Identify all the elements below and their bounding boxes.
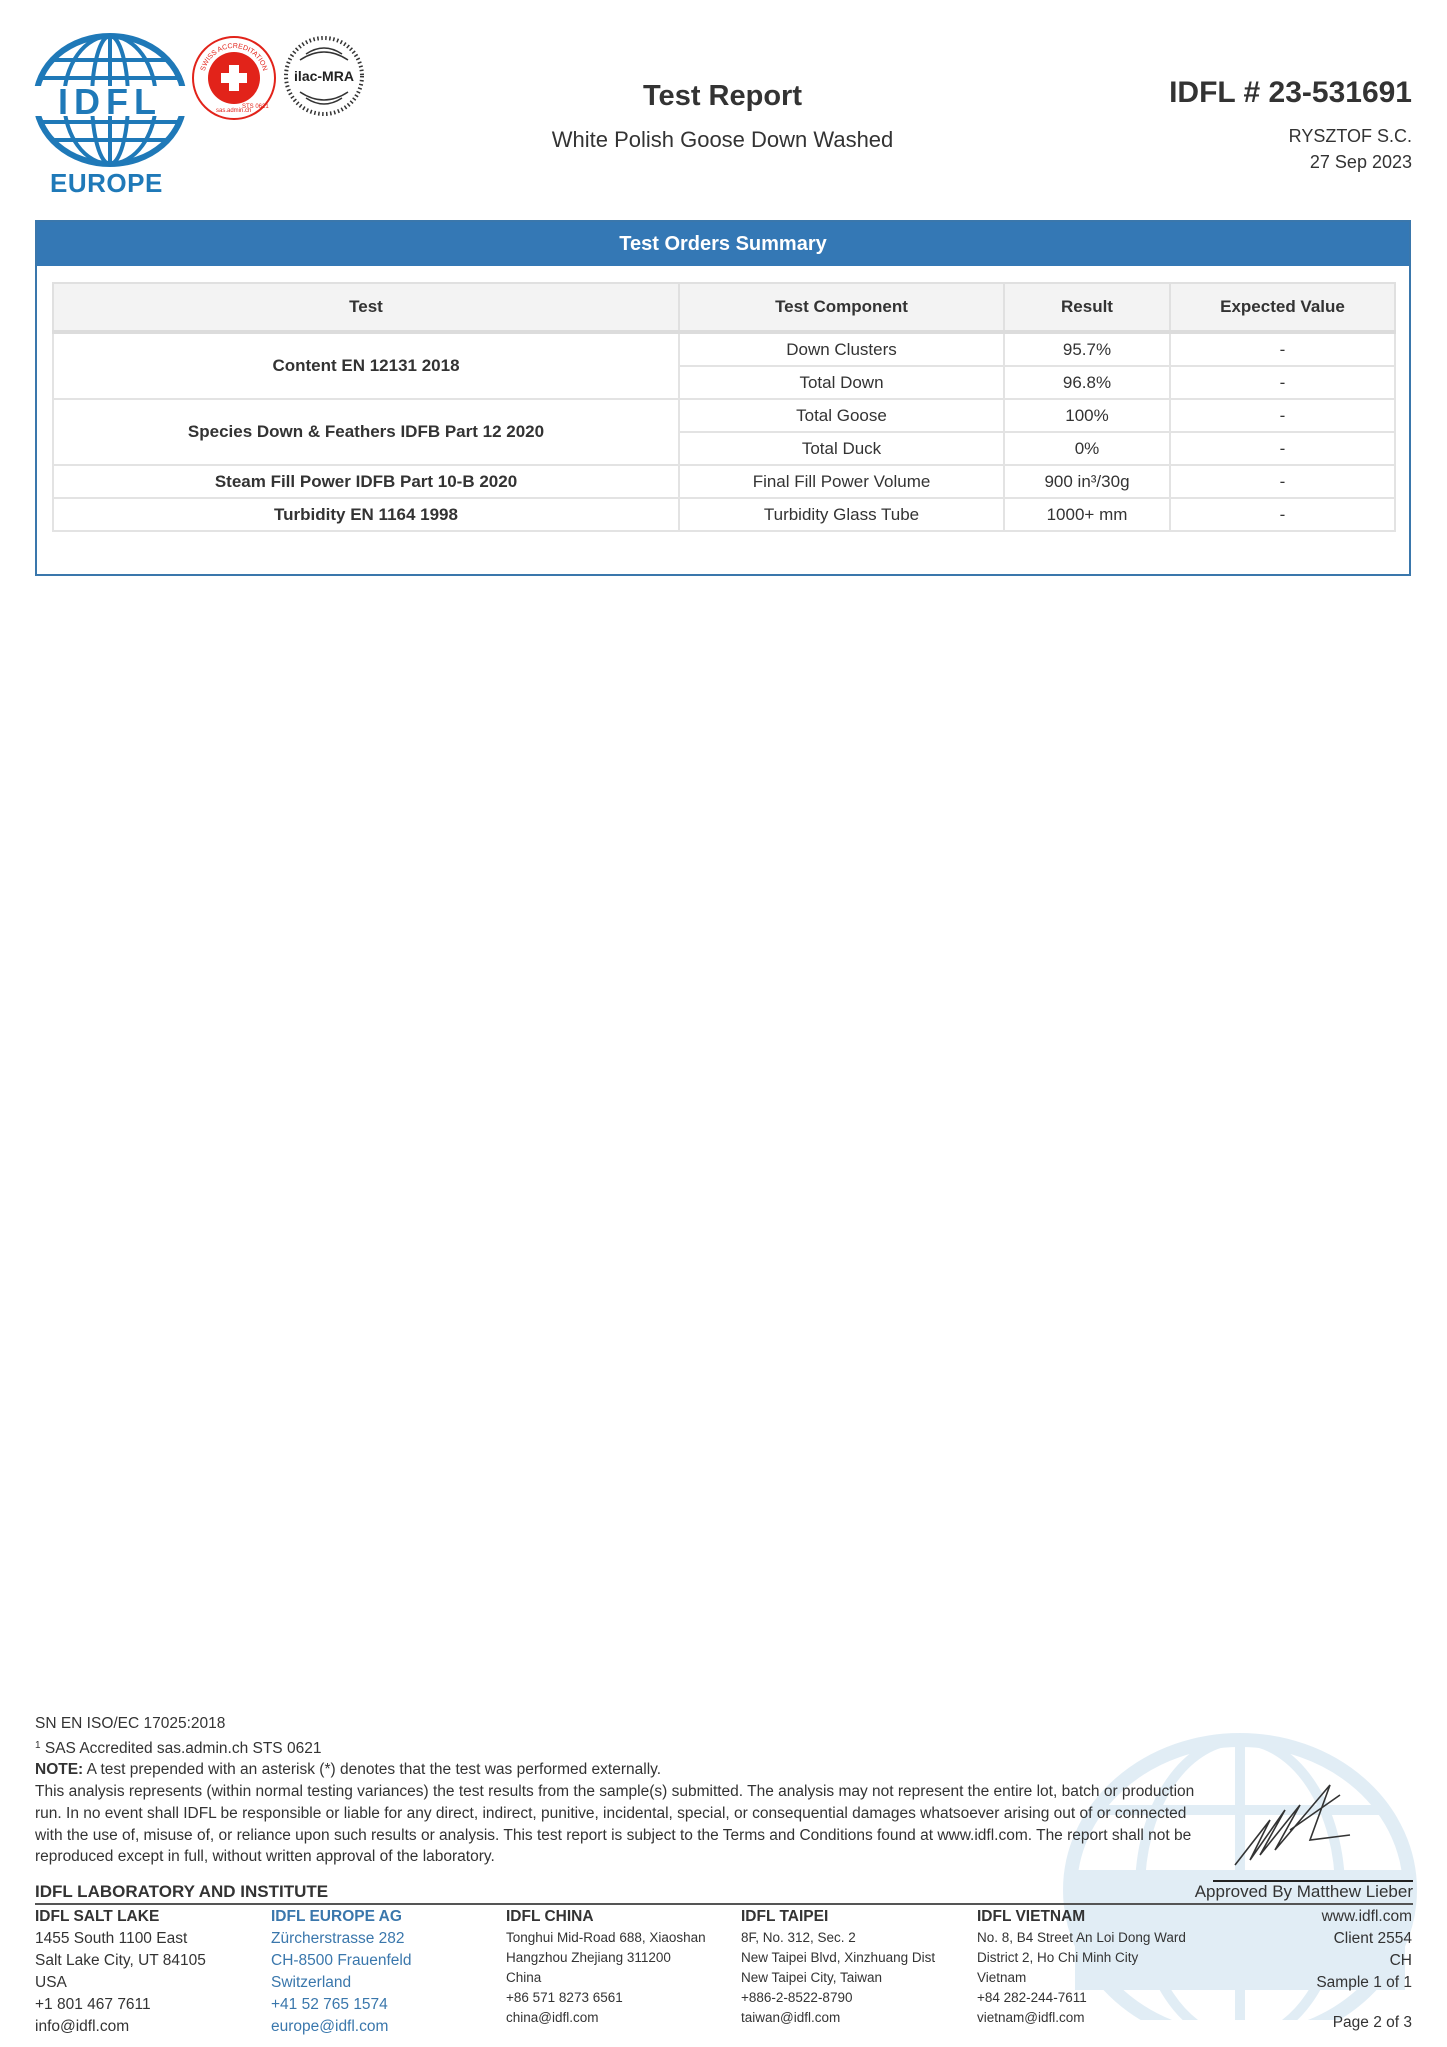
test-name: Content EN 12131 2018 bbox=[53, 332, 679, 399]
expected-value: - bbox=[1170, 432, 1395, 465]
approved-by: Approved By Matthew Lieber bbox=[1195, 1882, 1413, 1902]
test-component: Total Down bbox=[679, 366, 1004, 399]
sample-count: Sample 1 of 1 bbox=[1316, 1972, 1412, 1994]
disclaimer: This analysis represents (within normal … bbox=[35, 1781, 1205, 1868]
expected-value: - bbox=[1170, 498, 1395, 531]
footer-divider bbox=[35, 1903, 1413, 1905]
report-date: 27 Sep 2023 bbox=[1310, 152, 1412, 173]
logo-region-text: EUROPE bbox=[50, 168, 163, 199]
expected-value: - bbox=[1170, 399, 1395, 432]
ilac-mra-seal: ilac-MRA bbox=[282, 34, 366, 118]
column-header-test: Test bbox=[53, 283, 679, 332]
test-result: 100% bbox=[1004, 399, 1170, 432]
report-notes: SN EN ISO/EC 17025:2018 1 SAS Accredited… bbox=[35, 1713, 1205, 1868]
column-header-expected: Expected Value bbox=[1170, 283, 1395, 332]
svg-text:ilac-MRA: ilac-MRA bbox=[294, 68, 354, 84]
column-header-component: Test Component bbox=[679, 283, 1004, 332]
expected-value: - bbox=[1170, 465, 1395, 498]
lab-title: IDFL LABORATORY AND INSTITUTE bbox=[35, 1882, 328, 1902]
asterisk-note: NOTE: A test prepended with an asterisk … bbox=[35, 1759, 1205, 1781]
swiss-accreditation-seal: SWISS ACCREDITATION sas.admin.ch STS 062… bbox=[190, 34, 278, 122]
test-component: Final Fill Power Volume bbox=[679, 465, 1004, 498]
test-result: 900 in³/30g bbox=[1004, 465, 1170, 498]
expected-value: - bbox=[1170, 332, 1395, 366]
test-name: Steam Fill Power IDFB Part 10-B 2020 bbox=[53, 465, 679, 498]
product-subtitle: White Polish Goose Down Washed bbox=[500, 127, 945, 153]
test-component: Turbidity Glass Tube bbox=[679, 498, 1004, 531]
summary-title: Test Orders Summary bbox=[37, 222, 1409, 266]
table-row: Turbidity EN 1164 1998 Turbidity Glass T… bbox=[53, 498, 1395, 531]
office-salt-lake: IDFL SALT LAKE 1455 South 1100 EastSalt … bbox=[35, 1906, 206, 2038]
svg-text:IDFL: IDFL bbox=[58, 81, 162, 122]
test-component: Total Goose bbox=[679, 399, 1004, 432]
office-china: IDFL CHINA Tonghui Mid-Road 688, Xiaosha… bbox=[506, 1906, 706, 2028]
report-title-block: Test Report White Polish Goose Down Wash… bbox=[500, 80, 945, 153]
test-name: Turbidity EN 1164 1998 bbox=[53, 498, 679, 531]
orders-table: Test Test Component Result Expected Valu… bbox=[52, 282, 1396, 532]
iso-standard: SN EN ISO/EC 17025:2018 bbox=[35, 1713, 1205, 1735]
client-id: Client 2554 bbox=[1316, 1928, 1412, 1950]
test-result: 0% bbox=[1004, 432, 1170, 465]
test-name: Species Down & Feathers IDFB Part 12 202… bbox=[53, 399, 679, 465]
office-europe: IDFL EUROPE AG Zürcherstrasse 282CH-8500… bbox=[271, 1906, 411, 2038]
accreditation-note: 1 SAS Accredited sas.admin.ch STS 0621 bbox=[35, 1735, 1205, 1760]
test-result: 96.8% bbox=[1004, 366, 1170, 399]
page-title: Test Report bbox=[500, 80, 945, 113]
column-header-result: Result bbox=[1004, 283, 1170, 332]
office-vietnam: IDFL VIETNAM No. 8, B4 Street An Loi Don… bbox=[977, 1906, 1186, 2028]
country-code: CH bbox=[1316, 1950, 1412, 1972]
test-orders-summary: Test Orders Summary Test Test Component … bbox=[35, 220, 1411, 576]
client-name: RYSZTOF S.C. bbox=[1289, 126, 1412, 147]
expected-value: - bbox=[1170, 366, 1395, 399]
website: www.idfl.com bbox=[1316, 1906, 1412, 1928]
table-row: Content EN 12131 2018 Down Clusters 95.7… bbox=[53, 332, 1395, 366]
svg-text:STS 0621: STS 0621 bbox=[242, 104, 269, 110]
table-row: Species Down & Feathers IDFB Part 12 202… bbox=[53, 399, 1395, 432]
report-number: IDFL # 23-531691 bbox=[1169, 76, 1412, 110]
office-taipei: IDFL TAIPEI 8F, No. 312, Sec. 2New Taipe… bbox=[741, 1906, 935, 2028]
signature bbox=[1230, 1780, 1360, 1870]
table-row: Steam Fill Power IDFB Part 10-B 2020 Fin… bbox=[53, 465, 1395, 498]
test-result: 1000+ mm bbox=[1004, 498, 1170, 531]
report-meta: www.idfl.com Client 2554 CH Sample 1 of … bbox=[1316, 1906, 1412, 1994]
test-component: Down Clusters bbox=[679, 332, 1004, 366]
test-component: Total Duck bbox=[679, 432, 1004, 465]
page-number: Page 2 of 3 bbox=[1333, 2014, 1412, 2032]
test-result: 95.7% bbox=[1004, 332, 1170, 366]
